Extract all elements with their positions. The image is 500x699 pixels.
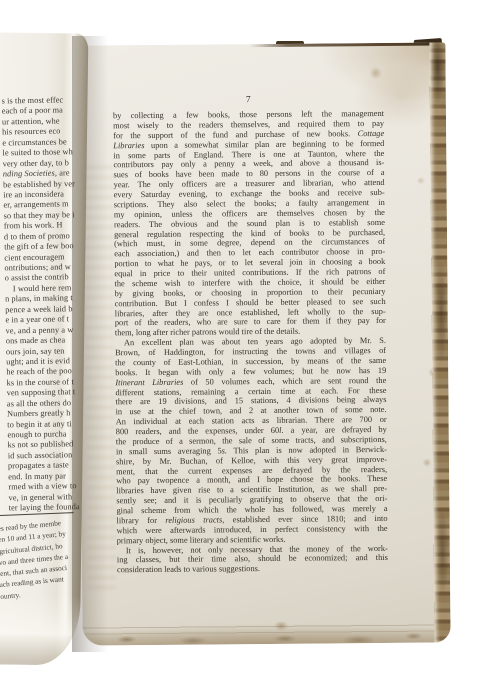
show-through-text: [84, 165, 116, 595]
right-page-text: by collecting a few books, those persons…: [113, 109, 388, 575]
left-page: s is the most effeceach of a poor maur a…: [0, 32, 88, 665]
top-edge-line: [249, 42, 439, 47]
right-page: 7 by collecting a few books, those perso…: [77, 42, 450, 645]
text-line: consideration leads to various suggestio…: [117, 563, 388, 575]
left-page-text: s is the most effeceach of a poor maur a…: [2, 95, 89, 514]
left-page-footnote: nes read by the membeeen 10 and 11 a yea…: [0, 513, 88, 602]
bottom-edge-stains: [82, 616, 450, 645]
page-number: 7: [113, 94, 384, 106]
fore-edge: [429, 42, 450, 642]
text-line: rmed with a view to: [8, 481, 88, 493]
book-photo: 7 by collecting a few books, those perso…: [0, 0, 500, 699]
